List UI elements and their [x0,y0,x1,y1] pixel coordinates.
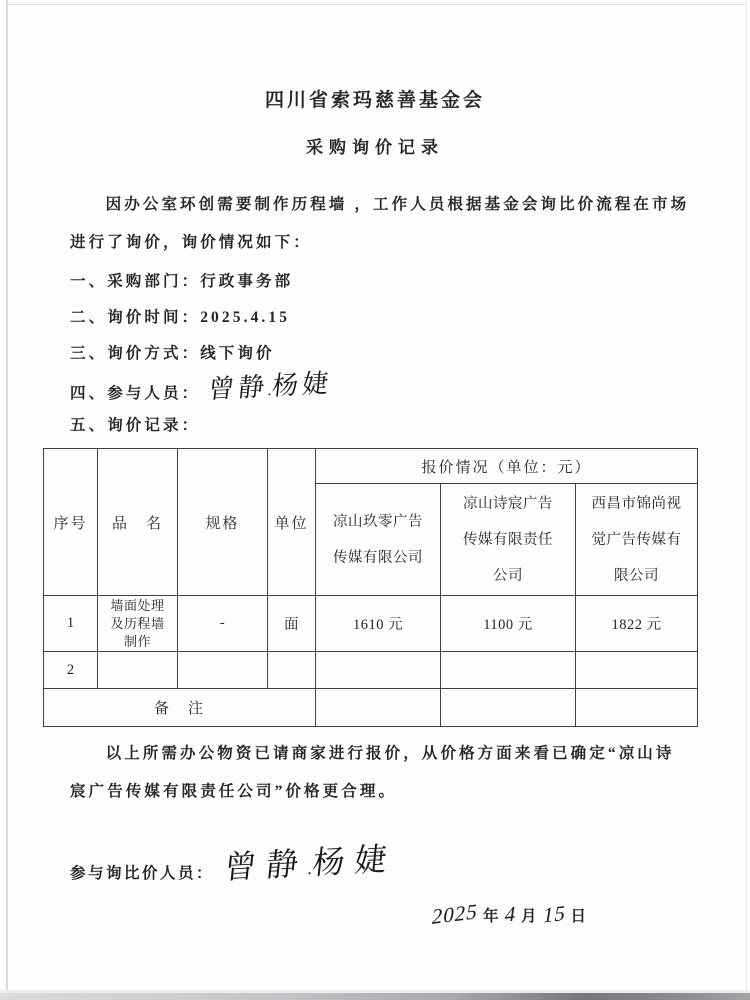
closing-paragraph: 以上所需办公物资已请商家进行报价，从价格方面来看已确定“凉山诗宸广告传媒有限责任… [70,735,690,811]
signoff-label: 参与询比价人员： [70,865,214,882]
list-item-inquiry-method: 三、询价方式：线下询价 [70,336,690,372]
signature-name-1: 曾静 [207,372,270,404]
handwritten-signature-bottom: 曾静.杨婕 [222,836,399,894]
scan-edge-left [6,0,8,992]
numbered-list: 一、采购部门：行政事务部 二、询价时间：2025.4.15 三、询价方式：线下询… [70,264,690,444]
page-title: 四川省索玛慈善基金会 [0,88,750,114]
scan-edge-bottom [0,990,750,1000]
handwritten-month: 4 [502,896,519,932]
item2-quote-vendor3 [576,652,698,689]
item2-spec [178,652,268,689]
remark-vendor1 [316,689,441,727]
vendor-header-3: 西昌市锦尚视 觉广告传媒有 限公司 [576,484,698,596]
handwritten-year: 2025 [429,894,480,935]
list-item-purchase-dept: 一、采购部门：行政事务部 [70,264,690,300]
item1-name: 墙面处理 及历程墙 制作 [98,596,178,652]
date-line: 2025年4月15日 [432,897,750,931]
remark-vendor3 [576,689,698,727]
intro-paragraph: 因办公室环创需要制作历程墙 ，工作人员根据基金会询比价流程在市场进行了询价，询价… [70,186,690,262]
scan-edge-top [8,4,746,5]
quotation-table: 序号 品 名 规格 单位 报价情况（单位：元） 凉山玖零广告 传媒有限公司 凉山… [43,448,698,727]
table-row-item-1: 1 墙面处理 及历程墙 制作 - 面 1610 元 1100 元 1822 元 [44,596,698,652]
signature-name-2: 杨婕 [271,369,334,401]
item2-unit [268,652,316,689]
col-header-name: 品 名 [98,449,178,596]
item2-quote-vendor1 [316,652,441,689]
signoff-line: 参与询比价人员：曾静.杨婕 [70,845,750,889]
vendor-header-1: 凉山玖零广告 传媒有限公司 [316,484,441,596]
remark-label: 备 注 [44,689,316,727]
handwritten-signature-inline: 曾静.杨婕 [206,366,334,413]
item2-name [98,652,178,689]
item1-quote-vendor3: 1822 元 [576,596,698,652]
list-item-participants: 四、参与人员：曾静.杨婕 [70,372,690,408]
document-page: 四川省索玛慈善基金会 采购询价记录 因办公室环创需要制作历程墙 ，工作人员根据基… [0,0,750,1000]
signoff-name-2: 杨婕 [311,840,399,881]
vendor-header-2: 凉山诗宸广告 传媒有限责任 公司 [441,484,576,596]
table-row-quote-header: 序号 品 名 规格 单位 报价情况（单位：元） [44,449,698,484]
col-header-no: 序号 [44,449,98,596]
participants-label: 四、参与人员： [70,385,200,402]
scan-edge-right [746,0,747,992]
col-header-spec: 规格 [178,449,268,596]
day-unit: 日 [571,908,588,925]
table-row-remark: 备 注 [44,689,698,727]
col-header-unit: 单位 [268,449,316,596]
item1-unit: 面 [268,596,316,652]
item1-spec: - [178,596,268,652]
item2-no: 2 [44,652,98,689]
document-content: 四川省索玛慈善基金会 采购询价记录 因办公室环创需要制作历程墙 ，工作人员根据基… [0,0,750,931]
signoff-name-1: 曾静 [222,845,310,886]
item2-quote-vendor2 [441,652,576,689]
remark-vendor2 [441,689,576,727]
month-unit: 月 [521,908,538,925]
list-item-inquiry-date: 二、询价时间：2025.4.15 [70,300,690,336]
item1-no: 1 [44,596,98,652]
item1-quote-vendor1: 1610 元 [316,596,441,652]
page-subtitle: 采购询价记录 [0,136,750,160]
year-unit: 年 [483,908,500,925]
quote-section-header: 报价情况（单位：元） [316,449,698,484]
handwritten-day: 15 [540,895,568,933]
table-row-item-2: 2 [44,652,698,689]
scanned-document-page: { "doc": { "title": "四川省索玛慈善基金会", "subti… [0,0,750,1000]
item1-quote-vendor2: 1100 元 [441,596,576,652]
list-item-inquiry-record: 五、询价记录： [70,408,690,444]
